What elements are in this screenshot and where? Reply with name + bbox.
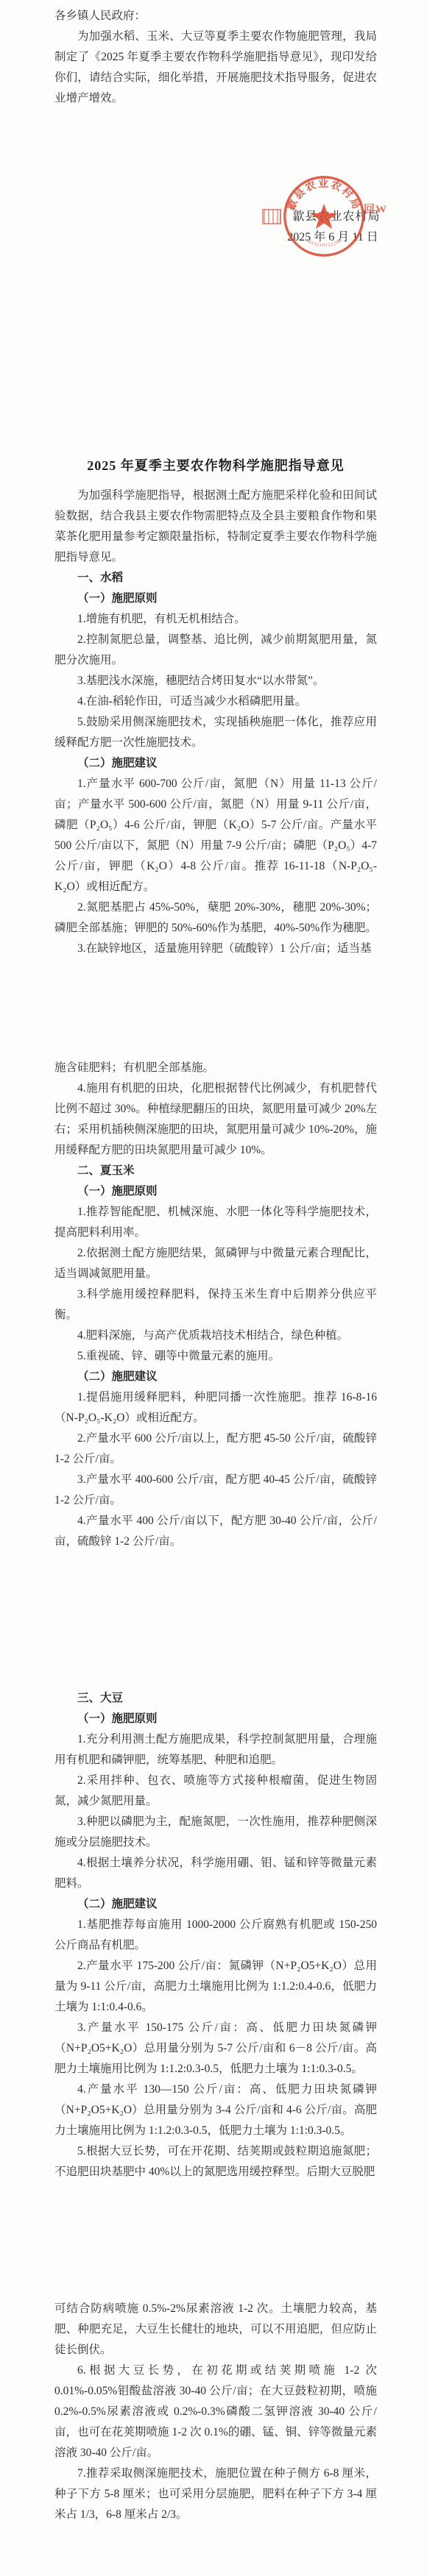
subsection-heading: （二）施肥建议 [54, 1894, 377, 1915]
paragraph: 1.提倡施用缓释肥料，种肥同播一次性施肥。推荐 16-8-16（N-P₂O₅-K… [54, 1387, 377, 1428]
paragraph: 3.科学施用缓控释肥料，保持玉米生育中后期养分供应平衡。 [54, 1284, 377, 1326]
subsection-heading: （一）施肥原则 [54, 588, 377, 609]
paragraph: 4.在油-稻轮作田，可适当减少水稻磷肥用量。 [54, 691, 377, 712]
paragraph: 2.采用拌种、包衣、喷施等方式接种根瘤菌，促进生物固氮，减少氮肥用量。 [54, 1771, 377, 1812]
paragraph: 3.基肥浅水深施，穗肥结合烤田复水“以水带氮”。 [54, 671, 377, 691]
paragraph: 1.推荐智能配肥、机械深施、水肥一体化等科学施肥技术，提高肥料利用率。 [54, 1202, 377, 1243]
section-heading: 二、夏玉米 [54, 1161, 377, 1181]
paragraph-continued: 可结合防病喷施 0.5%-2%尿素溶液 1-2 次。土壤肥力较高，基肥、种肥充足… [54, 2299, 377, 2360]
paragraph: 4.产量水平 400 公斤/亩以下，配方肥 30-40 公斤/亩，公斤/亩，硫酸… [54, 1511, 377, 1552]
paragraph: 5.根据大豆长势，可在开花期、结荚期或鼓粒期追施氮肥；不追肥田块基肥中 40%以… [54, 2141, 377, 2182]
paragraph: 1.产量水平 600-700 公斤/亩，氮肥（N）用量 11-13 公斤/亩；产… [54, 774, 377, 897]
paragraph-continued: 施含硅肥料；有机肥全部基施。 [54, 1058, 377, 1078]
paragraph: 1.充分利用测土配方施肥成果，科学控制氮肥用量，合理施用有机肥和磷钾肥，统筹基肥… [54, 1729, 377, 1771]
scanned-document-page: 各乡镇人民政府： 为加强水稻、玉米、大豆等夏季主要农作物施肥管理，我局制定了《2… [0, 0, 427, 2576]
paragraph: 3.产量水平 150-175 公斤/亩：高、低肥力田块氮磷钾（N+P₂O5+K₂… [54, 2018, 377, 2079]
paragraph: 4.施用有机肥的田块，化肥根据替代比例减少，有机肥替代比例不超过 30%。种植绿… [54, 1078, 377, 1161]
paragraph: 3.种肥以磷肥为主，配施氮肥，一次性施用，推荐种肥侧深施或分层施肥技术。 [54, 1812, 377, 1853]
paragraph: 6.根据大豆长势，在初花期或结荚期喷施 1-2 次 0.01%-0.05%钼酸盐… [54, 2360, 377, 2463]
paragraph: 2.产量水平 600 公斤/亩以上，配方肥 45-50 公斤/亩，硫酸锌 1-2… [54, 1428, 377, 1470]
paragraph: 3.产量水平 400-600 公斤/亩，配方肥 40-45 公斤/亩，硫酸锌 1… [54, 1470, 377, 1511]
seal-fragment-left-icon [262, 209, 281, 224]
paragraph: 2.产量水平 175-200 公斤/亩：氮磷钾（N+P₂O5+K₂O）总用量为 … [54, 1956, 377, 2018]
document-title: 2025 年夏季主要农作物科学施肥指导意见 [54, 455, 377, 477]
seal-code-text: 3410210122205 [305, 238, 343, 248]
svg-text:3410210122205: 3410210122205 [305, 238, 343, 248]
subsection-heading: （二）施肥建议 [54, 753, 377, 774]
whitespace-spacer [54, 267, 377, 455]
paragraph: 3.在缺锌地区，适量施用锌肥（硫酸锌）1 公斤/亩；适当基 [54, 939, 377, 959]
subsection-heading: （二）施肥建议 [54, 1367, 377, 1387]
subsection-heading: （一）施肥原则 [54, 1709, 377, 1729]
paragraph: 2.依据测土配方施肥结果，氮磷钾与中微量元素合理配比，适当调减氮肥用量。 [54, 1243, 377, 1284]
page-break-gap [54, 2182, 377, 2299]
paragraph: 5.重视硫、锌、硼等中微量元素的施用。 [54, 1346, 377, 1367]
document-body: 为加强科学施肥指导，根据测土配方施肥采样化验和田间试验数据，结合我县主要农作物需… [54, 485, 377, 2525]
paragraph: 7.推荐采取侧深施肥技术，施肥位置在种子侧方 6-8 厘米，种子下方 5-8 厘… [54, 2463, 377, 2525]
salutation: 各乡镇人民政府： [54, 6, 377, 26]
paragraph: 4.根据土壤养分状况，科学施用硼、钼、锰和锌等微量元素肥料。 [54, 1853, 377, 1894]
section-heading: 三、大豆 [54, 1688, 377, 1709]
section-heading: 一、水稻 [54, 568, 377, 588]
subsection-heading: （一）施肥原则 [54, 1181, 377, 1202]
signature-block: 歙县农业农村局 2025 年 6 月 11 日 回W 歙县农业农村局 34102… [54, 109, 377, 267]
seal-fragment-right-icon: 回W [364, 203, 387, 216]
seal-star-icon [311, 204, 337, 229]
paragraph: 1.基肥推荐每亩施用 1000-2000 公斤腐熟有机肥或 150-250 公斤… [54, 1915, 377, 1956]
page-break-gap [54, 1552, 377, 1688]
paragraph: 1.增施有机肥，有机无机相结合。 [54, 609, 377, 630]
paragraph: 4.肥料深施，与高产优质栽培技术相结合，绿色种植。 [54, 1326, 377, 1346]
official-round-seal-icon: 歙县农业农村局 3410210122205 [282, 174, 366, 258]
paragraph: 2.氮肥基肥占 45%-50%，蘖肥 20%-30%，穗肥 20%-30%；磷肥… [54, 897, 377, 939]
paragraph: 5.鼓励采用侧深施肥技术，实现插秧施肥一体化，推荐应用缓释配方肥一次性施肥技术。 [54, 712, 377, 753]
intro-paragraph: 为加强水稻、玉米、大豆等夏季主要农作物施肥管理，我局制定了《2025 年夏季主要… [54, 26, 377, 109]
paragraph: 4.产量水平 130—150 公斤/亩：高、低肥力田块氮磷钾（N+P₂O5+K₂… [54, 2079, 377, 2141]
paragraph: 为加强科学施肥指导，根据测土配方施肥采样化验和田间试验数据，结合我县主要农作物需… [54, 485, 377, 568]
paragraph: 2.控制氮肥总量，调整基、追比例，减少前期氮肥用量，氮肥分次施用。 [54, 630, 377, 671]
page-break-gap [54, 959, 377, 1058]
